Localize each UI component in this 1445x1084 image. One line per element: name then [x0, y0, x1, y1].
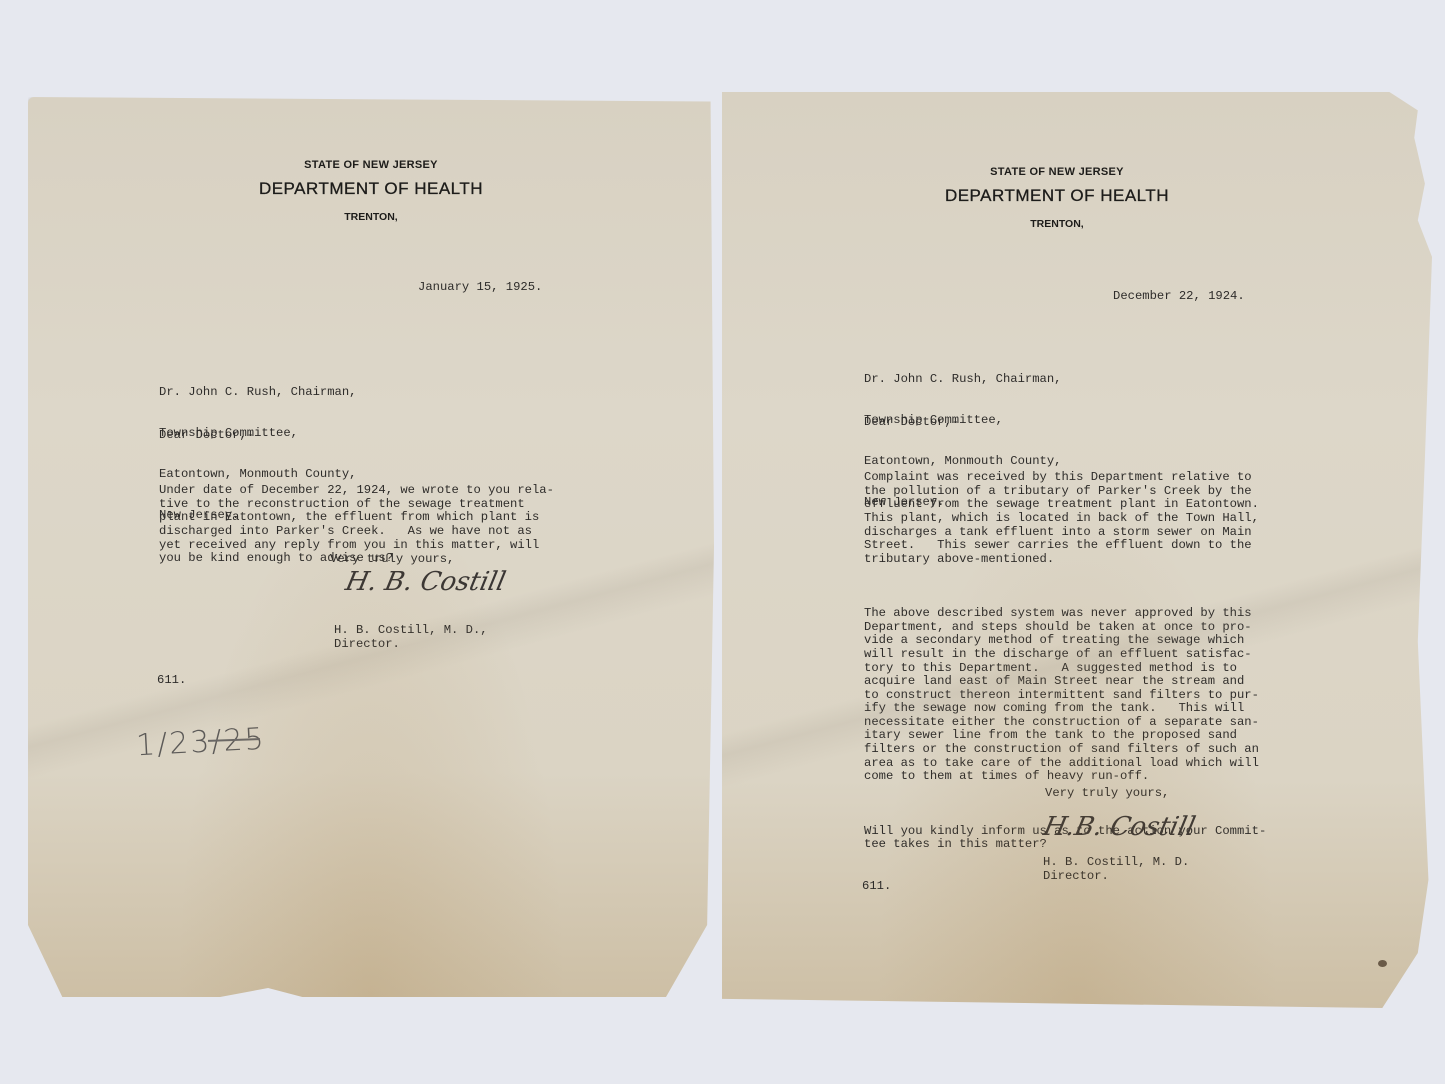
- body-paragraph: Complaint was received by this Departmen…: [864, 471, 1266, 566]
- handwritten-signature: H.B. Costill: [1041, 812, 1198, 842]
- file-number: 611.: [862, 880, 891, 894]
- pencil-date-annotation: 1/23/25: [135, 722, 266, 764]
- signer-title: Director.: [1043, 870, 1109, 884]
- salutation: Dear Doctor,-: [864, 416, 959, 430]
- letterhead-department: DEPARTMENT OF HEALTH: [28, 179, 714, 199]
- signer-title: Director.: [334, 638, 400, 652]
- body-paragraph: The above described system was never app…: [864, 607, 1266, 784]
- salutation: Dear Doctor,-: [159, 429, 254, 443]
- letterhead: STATE OF NEW JERSEY DEPARTMENT OF HEALTH…: [28, 159, 714, 223]
- letter-date: January 15, 1925.: [418, 281, 542, 295]
- closing: Very truly yours,: [330, 553, 454, 567]
- letter-december-1924: STATE OF NEW JERSEY DEPARTMENT OF HEALTH…: [722, 92, 1432, 1008]
- file-number: 611.: [157, 674, 186, 688]
- recipient-line: Dr. John C. Rush, Chairman,: [864, 373, 1061, 387]
- stain-spot: [1378, 960, 1387, 967]
- letterhead: STATE OF NEW JERSEY DEPARTMENT OF HEALTH…: [722, 166, 1392, 230]
- letterhead-city: TRENTON,: [28, 211, 714, 223]
- signer-name: H. B. Costill, M. D.: [1043, 856, 1189, 870]
- signer-name: H. B. Costill, M. D.,: [334, 624, 488, 638]
- letterhead-city: TRENTON,: [722, 218, 1392, 230]
- recipient-line: Dr. John C. Rush, Chairman,: [159, 386, 356, 400]
- letter-date: December 22, 1924.: [1113, 290, 1245, 304]
- letterhead-state: STATE OF NEW JERSEY: [28, 159, 714, 171]
- closing: Very truly yours,: [1045, 787, 1169, 801]
- letter-january-1925: STATE OF NEW JERSEY DEPARTMENT OF HEALTH…: [28, 97, 714, 997]
- handwritten-signature: H. B. Costill: [343, 567, 509, 597]
- letterhead-state: STATE OF NEW JERSEY: [722, 166, 1392, 178]
- letterhead-department: DEPARTMENT OF HEALTH: [722, 186, 1392, 206]
